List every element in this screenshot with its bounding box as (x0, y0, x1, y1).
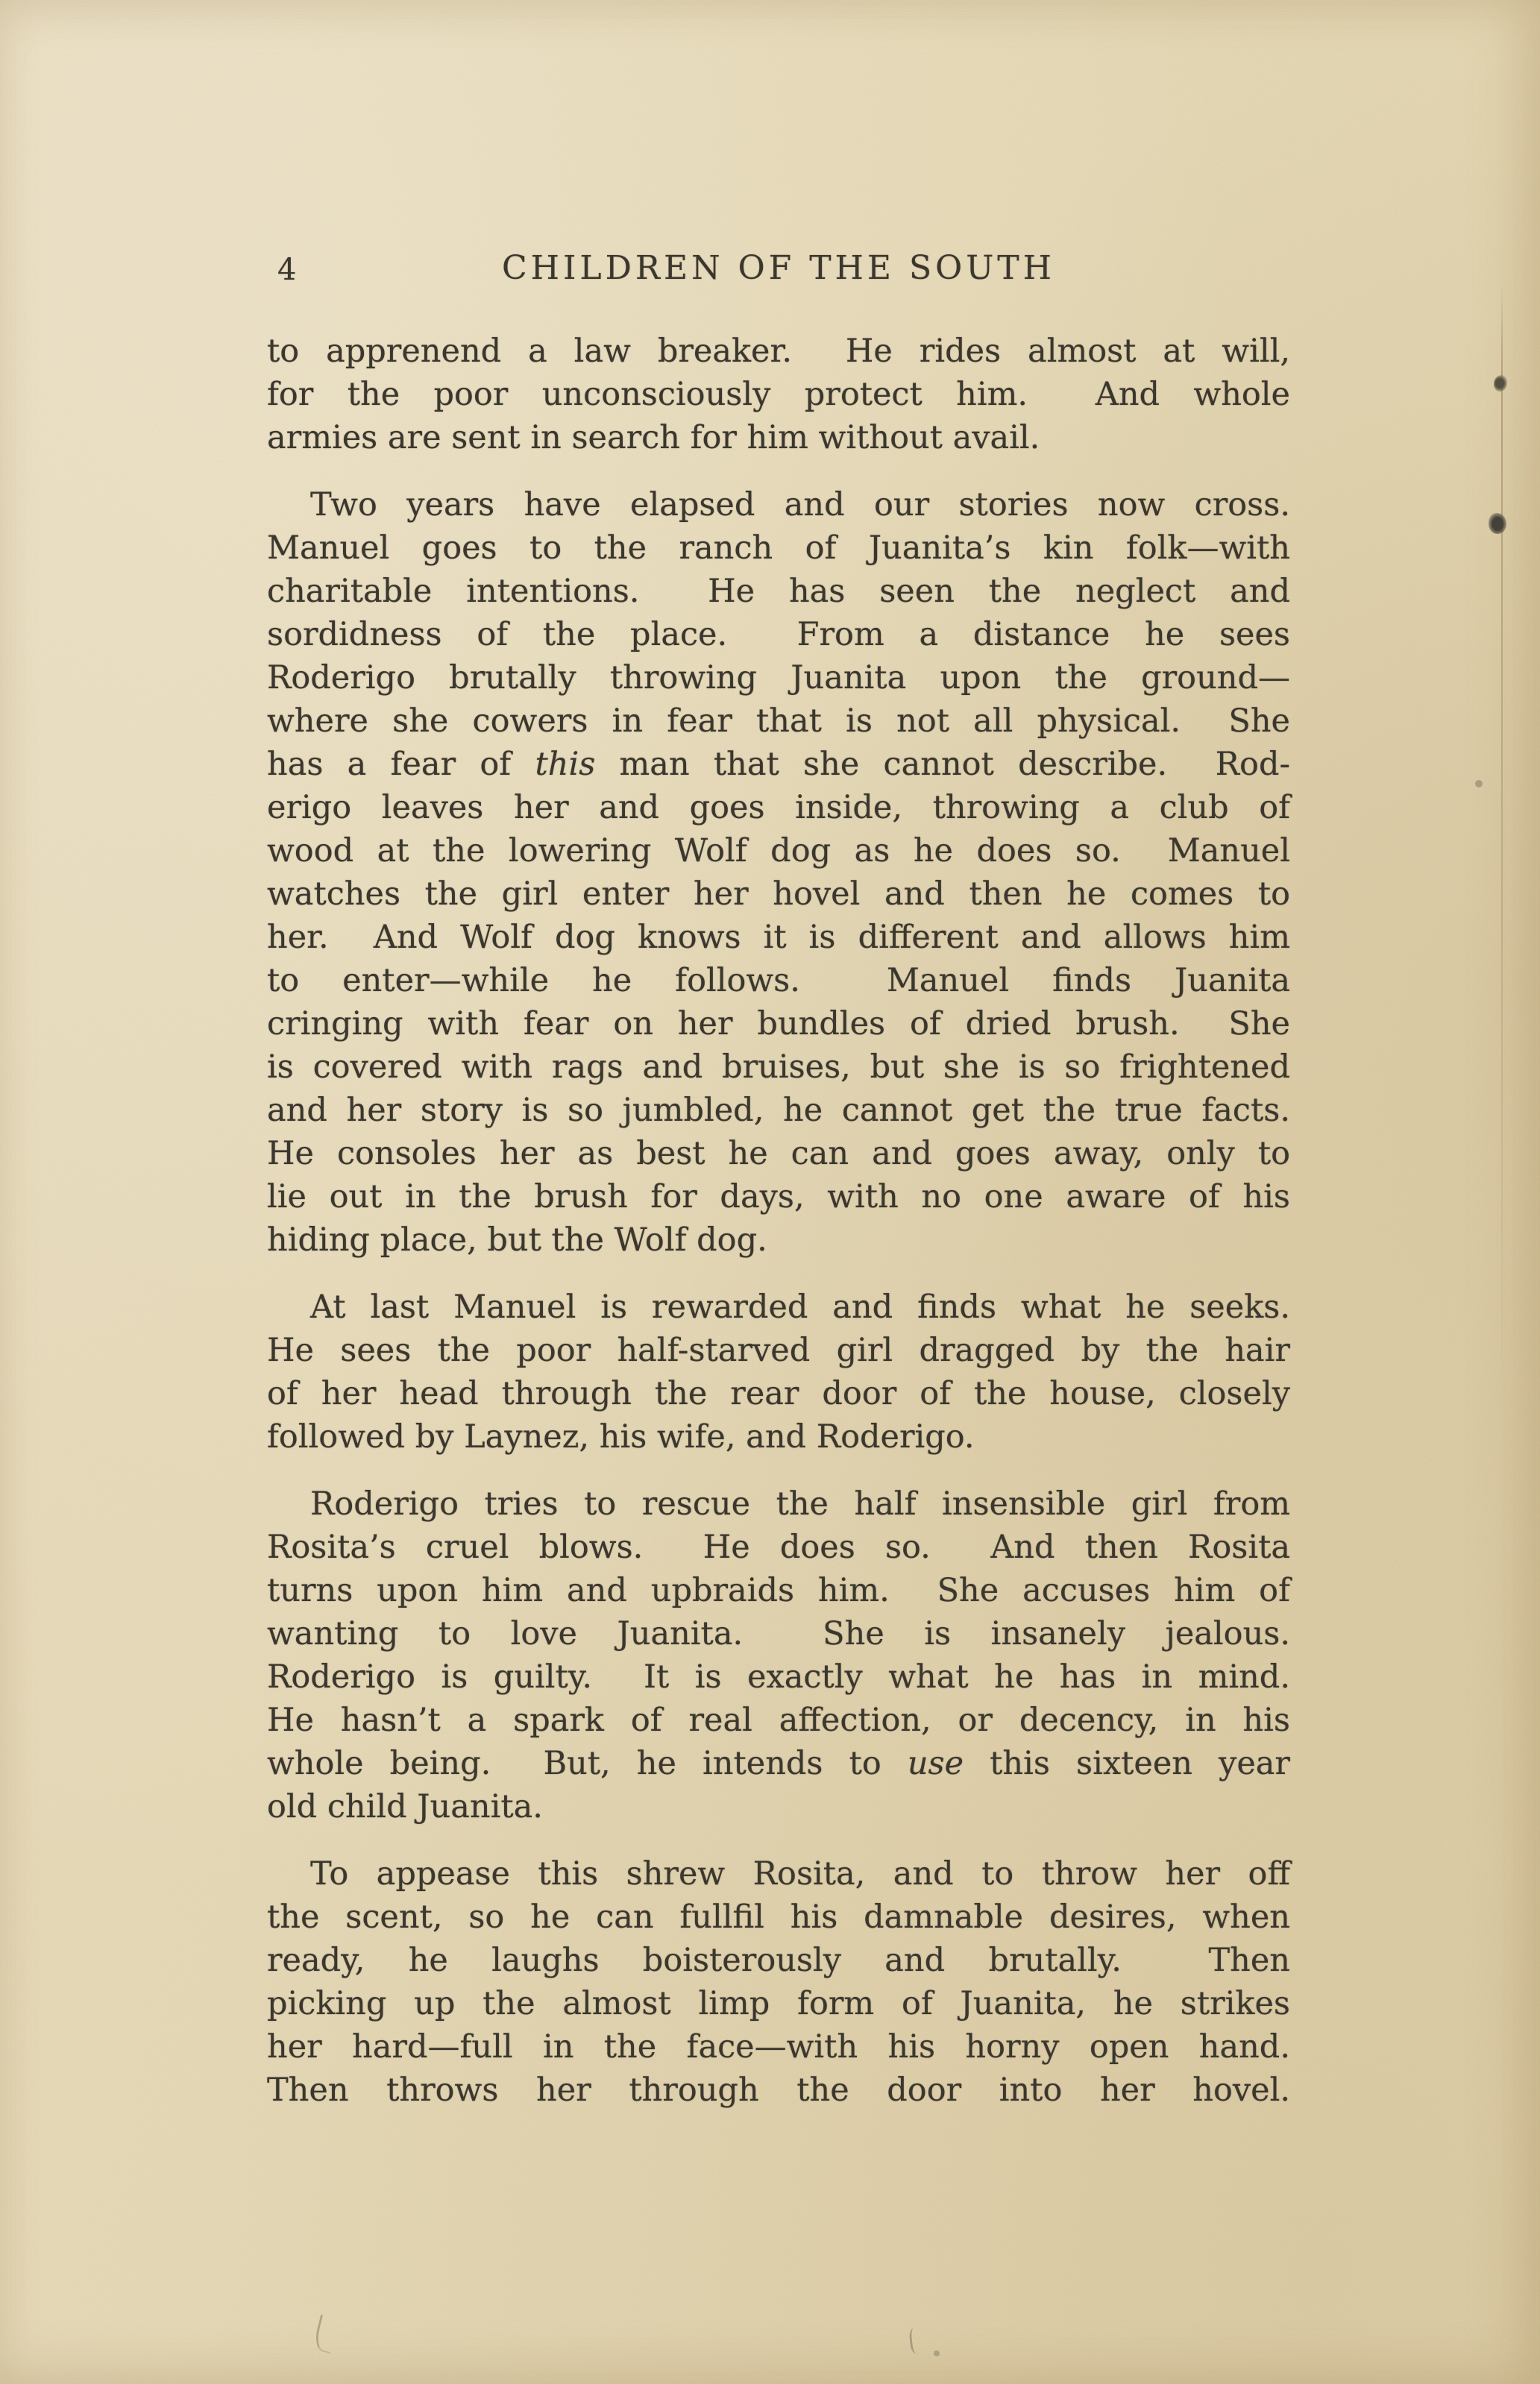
text-segment: whole being. But, he intends to (267, 1745, 908, 1782)
text-line: where she cowers in fear that is not all… (267, 699, 1290, 743)
text-line: Roderigo tries to rescue the half insens… (267, 1482, 1290, 1526)
text-line: turns upon him and upbraids him. She acc… (267, 1569, 1290, 1612)
italic-text: use (908, 1745, 964, 1782)
text-segment: At last Manuel is rewarded and finds wha… (310, 1289, 1290, 1326)
text-line: her. And Wolf dog knows it is different … (267, 916, 1290, 959)
text-line: armies are sent in search for him withou… (267, 416, 1290, 459)
text-line: wood at the lowering Wolf dog as he does… (267, 829, 1290, 872)
book-page-scan: 4 CHILDREN OF THE SOUTH to apprenend a l… (0, 0, 1540, 2384)
text-line: and her story is so jumbled, he cannot g… (267, 1089, 1290, 1132)
text-segment: this sixteen year (964, 1745, 1290, 1782)
text-segment: cringing with fear on her bundles of dri… (267, 1005, 1290, 1042)
text-line: hiding place, but the Wolf dog. (267, 1218, 1290, 1262)
text-segment: followed by Laynez, his wife, and Roderi… (267, 1418, 975, 1456)
text-line: old child Juanita. (267, 1785, 1290, 1828)
text-segment: where she cowers in fear that is not all… (267, 702, 1290, 740)
text-line: for the poor unconsciously protect him. … (267, 373, 1290, 416)
text-segment: Roderigo tries to rescue the half insens… (310, 1485, 1290, 1523)
ink-speck (1489, 513, 1506, 534)
running-title: CHILDREN OF THE SOUTH (267, 249, 1290, 287)
ink-speck (1475, 780, 1483, 787)
text-line: lie out in the brush for days, with no o… (267, 1175, 1290, 1218)
paragraph: Two years have elapsed and our stories n… (267, 483, 1290, 1262)
text-segment: watches the girl enter her hovel and the… (267, 875, 1290, 913)
text-line: whole being. But, he intends to use this… (267, 1742, 1290, 1785)
text-line: Roderigo brutally throwing Juanita upon … (267, 656, 1290, 699)
text-segment: Then throws her through the door into he… (267, 2072, 1290, 2109)
text-segment: erigo leaves her and goes inside, throwi… (267, 789, 1290, 826)
text-line: followed by Laynez, his wife, and Roderi… (267, 1415, 1290, 1459)
text-line: to apprenend a law breaker. He rides alm… (267, 330, 1290, 373)
text-line: Manuel goes to the ranch of Juanita’s ki… (267, 526, 1290, 570)
pencil-mark (934, 2350, 940, 2356)
text-segment: picking up the almost limp form of Juani… (267, 1985, 1290, 2022)
text-segment: He consoles her as best he can and goes … (267, 1135, 1290, 1172)
text-line: of her head through the rear door of the… (267, 1372, 1290, 1415)
text-segment: to apprenend a law breaker. He rides alm… (267, 333, 1290, 370)
text-line: erigo leaves her and goes inside, throwi… (267, 786, 1290, 829)
text-line: watches the girl enter her hovel and the… (267, 872, 1290, 916)
text-segment: is covered with rags and bruises, but sh… (267, 1048, 1290, 1086)
text-line: To appease this shrew Rosita, and to thr… (267, 1852, 1290, 1896)
text-segment: ready, he laughs boisterously and brutal… (267, 1942, 1290, 1979)
text-segment: Roderigo is guilty. It is exactly what h… (267, 1658, 1290, 1696)
text-line: her hard—full in the face—with his horny… (267, 2025, 1290, 2069)
text-segment: wanting to love Juanita. She is insanely… (267, 1615, 1290, 1652)
text-segment: old child Juanita. (267, 1788, 543, 1825)
text-segment: and her story is so jumbled, he cannot g… (267, 1092, 1290, 1129)
text-line: is covered with rags and bruises, but sh… (267, 1045, 1290, 1089)
text-line: sordidness of the place. From a distance… (267, 613, 1290, 656)
text-segment: To appease this shrew Rosita, and to thr… (310, 1855, 1290, 1893)
text-segment: hiding place, but the Wolf dog. (267, 1221, 767, 1259)
text-line: ready, he laughs boisterously and brutal… (267, 1939, 1290, 1982)
page-crease-line (1501, 282, 1503, 1415)
text-line: has a fear of this man that she cannot d… (267, 743, 1290, 786)
paragraph: to apprenend a law breaker. He rides alm… (267, 330, 1290, 459)
text-segment: her hard—full in the face—with his horny… (267, 2028, 1290, 2066)
text-line: charitable intentions. He has seen the n… (267, 570, 1290, 613)
text-segment: man that she cannot describe. Rod- (595, 746, 1290, 783)
paragraph: To appease this shrew Rosita, and to thr… (267, 1852, 1290, 2112)
text-segment: wood at the lowering Wolf dog as he does… (267, 832, 1290, 869)
text-segment: He hasn’t a spark of real affection, or … (267, 1702, 1290, 1739)
text-line: Two years have elapsed and our stories n… (267, 483, 1290, 526)
text-segment: Roderigo brutally throwing Juanita upon … (267, 659, 1290, 696)
text-segment: for the poor unconsciously protect him. … (267, 376, 1290, 413)
text-segment: turns upon him and upbraids him. She acc… (267, 1572, 1290, 1609)
text-block: to apprenend a law breaker. He rides alm… (267, 330, 1290, 2112)
text-segment: lie out in the brush for days, with no o… (267, 1178, 1290, 1215)
text-line: Roderigo is guilty. It is exactly what h… (267, 1655, 1290, 1699)
text-line: Then throws her through the door into he… (267, 2069, 1290, 2112)
italic-text: this (535, 746, 595, 783)
text-segment: armies are sent in search for him withou… (267, 419, 1040, 456)
text-line: cringing with fear on her bundles of dri… (267, 1002, 1290, 1045)
text-segment: Rosita’s cruel blows. He does so. And th… (267, 1529, 1290, 1566)
text-segment: sordidness of the place. From a distance… (267, 616, 1290, 653)
text-line: He hasn’t a spark of real affection, or … (267, 1699, 1290, 1742)
page-header: 4 CHILDREN OF THE SOUTH (267, 249, 1290, 291)
paragraph: Roderigo tries to rescue the half insens… (267, 1482, 1290, 1828)
text-segment: of her head through the rear door of the… (267, 1375, 1290, 1412)
text-segment: charitable intentions. He has seen the n… (267, 573, 1290, 610)
text-line: picking up the almost limp form of Juani… (267, 1982, 1290, 2025)
pencil-mark (908, 2327, 923, 2354)
text-line: to enter—while he follows. Manuel finds … (267, 959, 1290, 1002)
text-segment: He sees the poor half-starved girl dragg… (267, 1332, 1290, 1369)
ink-speck (1494, 375, 1507, 391)
text-line: At last Manuel is rewarded and finds wha… (267, 1286, 1290, 1329)
text-segment: Manuel goes to the ranch of Juanita’s ki… (267, 529, 1290, 567)
text-segment: her. And Wolf dog knows it is different … (267, 919, 1290, 956)
text-segment: has a fear of (267, 746, 535, 783)
text-segment: Two years have elapsed and our stories n… (310, 486, 1290, 523)
text-line: He sees the poor half-starved girl dragg… (267, 1329, 1290, 1372)
pencil-mark (312, 2315, 339, 2354)
text-line: Rosita’s cruel blows. He does so. And th… (267, 1526, 1290, 1569)
paragraph: At last Manuel is rewarded and finds wha… (267, 1286, 1290, 1459)
text-segment: the scent, so he can fullfil his damnabl… (267, 1899, 1290, 1936)
text-segment: to enter—while he follows. Manuel finds … (267, 962, 1290, 999)
text-line: He consoles her as best he can and goes … (267, 1132, 1290, 1175)
text-line: wanting to love Juanita. She is insanely… (267, 1612, 1290, 1655)
text-line: the scent, so he can fullfil his damnabl… (267, 1896, 1290, 1939)
